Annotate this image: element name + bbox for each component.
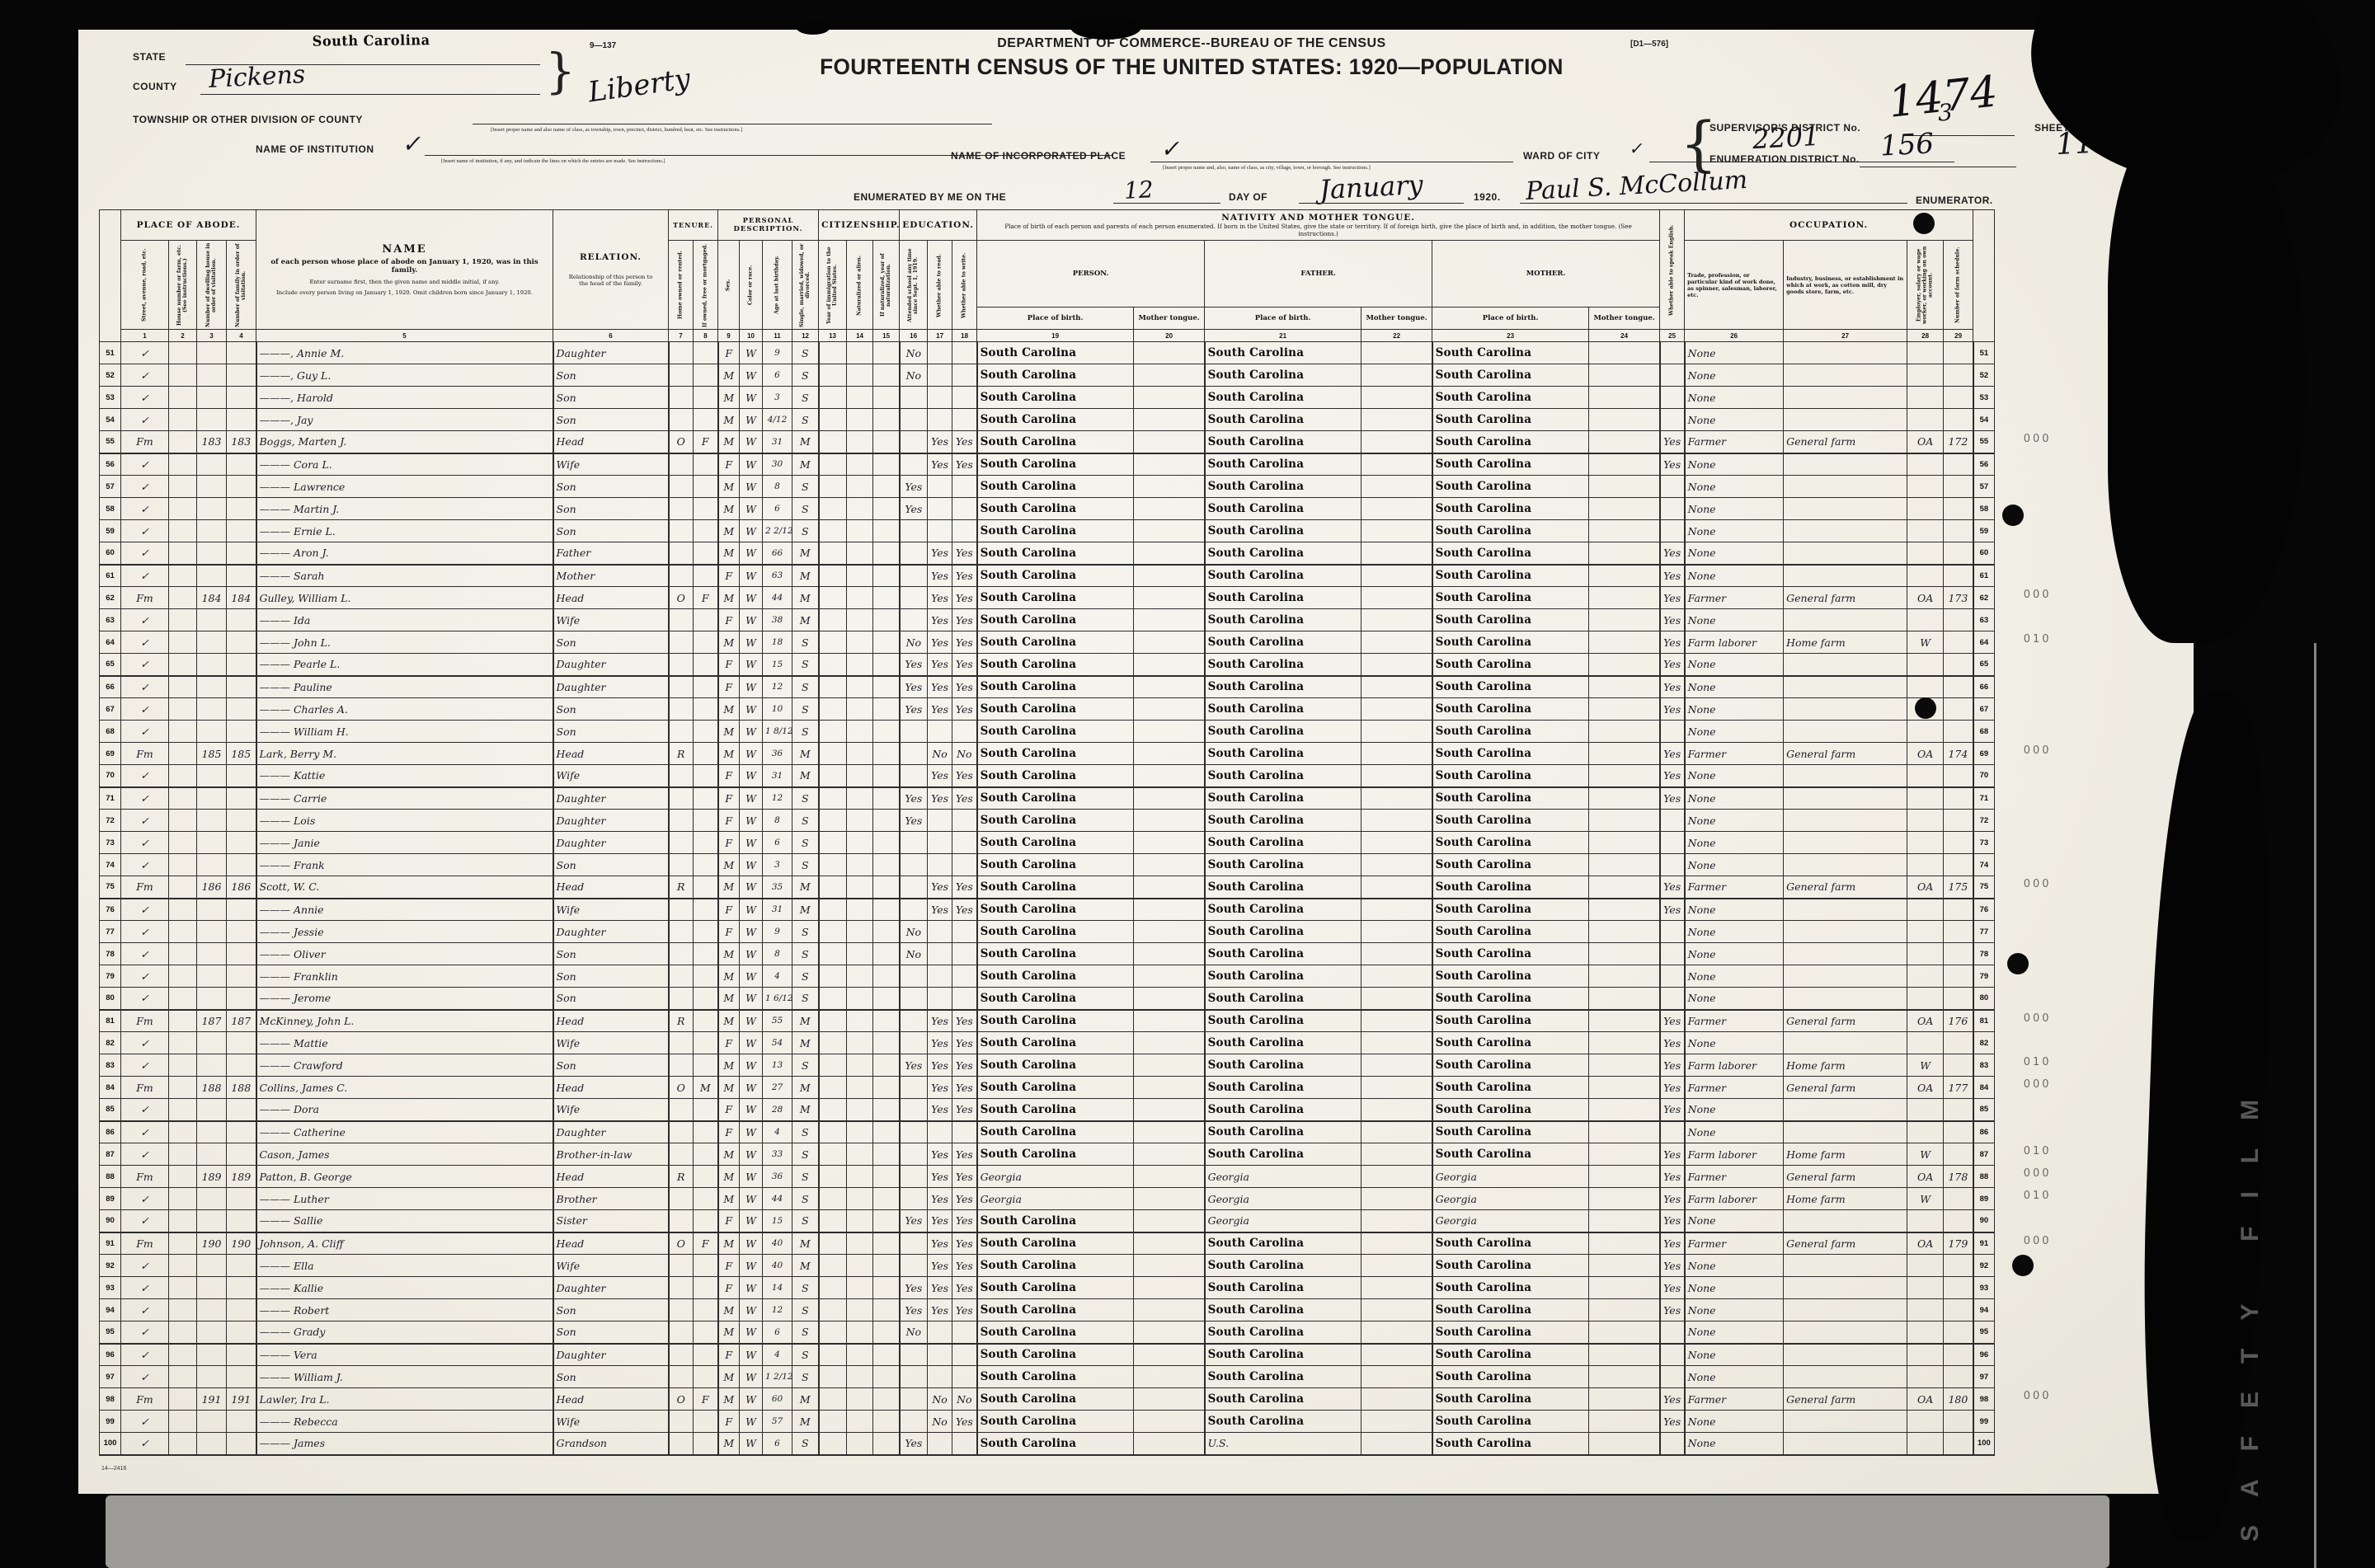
cell-mother_tongue [1589, 1121, 1660, 1143]
line-number-left: 86 [100, 1121, 121, 1143]
cell-mortgage [694, 810, 718, 832]
cell-pob_tongue [1134, 1188, 1205, 1210]
cell-school [900, 1232, 928, 1255]
cell-house [169, 342, 197, 364]
cell-color: W [740, 854, 763, 876]
film-edge-text: SAFETY FILM [2236, 684, 2286, 1542]
cell-pob: South Carolina [977, 832, 1134, 854]
cell-marital: S [792, 387, 819, 409]
table-row: 73✓——— JanieDaughterFW6SSouth CarolinaSo… [100, 832, 1995, 854]
table-row: 95✓——— GradySonMW6SNoSouth CarolinaSouth… [100, 1322, 1995, 1344]
cell-immig [819, 943, 847, 965]
cell-owned [669, 1344, 694, 1366]
table-row: 82✓——— MattieWifeFW54MYesYesSouth Caroli… [100, 1032, 1995, 1054]
cell-house [169, 1232, 197, 1255]
cell-age: 38 [763, 609, 792, 631]
cell-relation: Wife [553, 1411, 669, 1433]
cell-english [1660, 1322, 1685, 1344]
cell-mother_tongue [1589, 743, 1660, 765]
cell-relation: Son [553, 1366, 669, 1388]
cell-write: Yes [952, 654, 977, 676]
cell-relation: Daughter [553, 676, 669, 698]
table-row: 78✓——— OliverSonMW8SNoSouth CarolinaSout… [100, 943, 1995, 965]
cell-father_pob: South Carolina [1205, 542, 1362, 565]
cell-sex: M [718, 1166, 740, 1188]
cell-immig [819, 1099, 847, 1121]
cell-pob_tongue [1134, 1277, 1205, 1299]
cell-immig [819, 476, 847, 498]
cell-write: Yes [952, 1077, 977, 1099]
cell-name: ——— Frank [256, 854, 553, 876]
cell-pob_tongue [1134, 1411, 1205, 1433]
cell-write: No [952, 1388, 977, 1411]
cell-house [169, 1366, 197, 1388]
cell-family [227, 943, 256, 965]
cell-mother_pob: South Carolina [1432, 431, 1589, 453]
cell-pob_tongue [1134, 431, 1205, 453]
cell-mortgage [694, 1143, 718, 1166]
cell-dwelling [197, 364, 227, 387]
cell-name: ——— William J. [256, 1366, 553, 1388]
line-number-left: 95 [100, 1322, 121, 1344]
line-number-right: 52 [1973, 364, 1995, 387]
cell-natyear [873, 654, 900, 676]
cell-house [169, 1188, 197, 1210]
cell-industry: General farm [1784, 1010, 1907, 1032]
cell-sex: F [718, 899, 740, 921]
cell-father_tongue [1362, 542, 1432, 565]
column-number: 13 [819, 330, 847, 342]
cell-age: 8 [763, 810, 792, 832]
cell-mother_tongue [1589, 765, 1660, 787]
cell-industry [1784, 1322, 1907, 1344]
cell-write [952, 498, 977, 520]
cell-relation: Daughter [553, 810, 669, 832]
cell-nat [847, 899, 873, 921]
enumerated-month: January [1319, 169, 1423, 206]
cell-street: ✓ [121, 810, 169, 832]
col-color-race: Color or race. [740, 241, 763, 330]
cell-father_tongue [1362, 1166, 1432, 1188]
cell-family [227, 921, 256, 943]
cell-class [1907, 1366, 1944, 1388]
cell-class: OA [1907, 1166, 1944, 1188]
cell-read: Yes [928, 1255, 952, 1277]
cell-father_pob: South Carolina [1205, 609, 1362, 631]
cell-sex: M [718, 988, 740, 1010]
cell-natyear [873, 1322, 900, 1344]
cell-natyear [873, 743, 900, 765]
column-number: 16 [900, 330, 928, 342]
cell-immig [819, 431, 847, 453]
cell-sex: F [718, 453, 740, 476]
cell-english [1660, 832, 1685, 854]
cell-read: Yes [928, 676, 952, 698]
cell-dwelling [197, 342, 227, 364]
table-row: 92✓——— EllaWifeFW40MYesYesSouth Carolina… [100, 1255, 1995, 1277]
cell-mortgage [694, 453, 718, 476]
nativity-father: FATHER. [1205, 241, 1432, 307]
cell-mother_tongue [1589, 1411, 1660, 1433]
relation-title: RELATION. [556, 252, 665, 262]
cell-write: Yes [952, 631, 977, 654]
cell-relation: Father [553, 542, 669, 565]
cell-name: ——— Cora L. [256, 453, 553, 476]
cell-farm_no [1944, 721, 1973, 743]
cell-pob_tongue [1134, 565, 1205, 587]
cell-father_pob: South Carolina [1205, 364, 1362, 387]
cell-relation: Head [553, 587, 669, 609]
cell-occupation: None [1685, 832, 1784, 854]
cell-marital: S [792, 654, 819, 676]
cell-natyear [873, 542, 900, 565]
cell-father_tongue [1362, 520, 1432, 542]
cell-farm_no [1944, 1322, 1973, 1344]
col-able-to-read: Whether able to read. [928, 241, 952, 330]
cell-age: 8 [763, 943, 792, 965]
cell-natyear [873, 854, 900, 876]
census-table: PLACE OF ABODE. NAME of each person whos… [99, 209, 1995, 1456]
cell-marital: S [792, 1166, 819, 1188]
cell-mother_pob: South Carolina [1432, 721, 1589, 743]
cell-english: Yes [1660, 1411, 1685, 1433]
cell-immig [819, 765, 847, 787]
cell-street: ✓ [121, 1054, 169, 1077]
cell-color: W [740, 965, 763, 988]
cell-color: W [740, 387, 763, 409]
cell-immig [819, 409, 847, 431]
line-number-left: 51 [100, 342, 121, 364]
cell-pob: South Carolina [977, 1232, 1134, 1255]
cell-family [227, 1032, 256, 1054]
cell-street: ✓ [121, 1277, 169, 1299]
pencil-margin-note: 000 [2001, 1167, 2075, 1180]
cell-nat [847, 1077, 873, 1099]
cell-farm_no [1944, 1143, 1973, 1166]
line-number-right: 82 [1973, 1032, 1995, 1054]
cell-age: 4 [763, 1121, 792, 1143]
cell-english: Yes [1660, 743, 1685, 765]
cell-write: No [952, 743, 977, 765]
cell-father_pob: South Carolina [1205, 765, 1362, 787]
cell-class [1907, 565, 1944, 587]
cell-mother_pob: South Carolina [1432, 1411, 1589, 1433]
cell-english: Yes [1660, 1210, 1685, 1232]
cell-relation: Wife [553, 453, 669, 476]
cell-owned [669, 654, 694, 676]
col-dwelling-number: Number of dwelling house in order of vis… [197, 241, 227, 330]
cell-english: Yes [1660, 765, 1685, 787]
cell-farm_no [1944, 342, 1973, 364]
cell-nat [847, 1010, 873, 1032]
cell-mother_tongue [1589, 1054, 1660, 1077]
cell-mother_pob: South Carolina [1432, 698, 1589, 721]
cell-color: W [740, 1010, 763, 1032]
cell-mother_tongue [1589, 698, 1660, 721]
cell-farm_no [1944, 609, 1973, 631]
cell-mother_pob: South Carolina [1432, 743, 1589, 765]
table-row: 81Fm187187McKinney, John L.HeadRMW55MYes… [100, 1010, 1995, 1032]
cell-relation: Son [553, 409, 669, 431]
cell-dwelling [197, 1143, 227, 1166]
cell-street: ✓ [121, 721, 169, 743]
line-number-right: 66 [1973, 676, 1995, 698]
cell-marital: S [792, 1433, 819, 1455]
cell-owned [669, 476, 694, 498]
enumeration-district-label: ENUMERATION DISTRICT No. [1710, 153, 1860, 165]
cell-pob: South Carolina [977, 988, 1134, 1010]
cell-school [900, 743, 928, 765]
cell-english: Yes [1660, 609, 1685, 631]
cell-farm_no [1944, 765, 1973, 787]
cell-father_pob: South Carolina [1205, 587, 1362, 609]
cell-farm_no [1944, 565, 1973, 587]
cell-age: 35 [763, 876, 792, 899]
cell-color: W [740, 1388, 763, 1411]
name-title: NAME [259, 243, 550, 256]
cell-farm_no [1944, 498, 1973, 520]
cell-mortgage: F [694, 587, 718, 609]
line-number-left: 87 [100, 1143, 121, 1166]
cell-marital: S [792, 342, 819, 364]
blank-line [1860, 167, 2016, 167]
cell-write [952, 409, 977, 431]
cell-marital: M [792, 899, 819, 921]
cell-color: W [740, 1232, 763, 1255]
cell-pob: Georgia [977, 1188, 1134, 1210]
cell-color: W [740, 409, 763, 431]
cell-mortgage [694, 676, 718, 698]
cell-marital: S [792, 1366, 819, 1388]
cell-dwelling [197, 453, 227, 476]
cell-industry [1784, 609, 1907, 631]
cell-school [900, 1366, 928, 1388]
line-number-right: 85 [1973, 1099, 1995, 1121]
cell-mortgage [694, 1210, 718, 1232]
cell-nat [847, 1188, 873, 1210]
cell-natyear [873, 1210, 900, 1232]
cell-industry [1784, 1366, 1907, 1388]
cell-relation: Son [553, 364, 669, 387]
cell-mother_tongue [1589, 1388, 1660, 1411]
cell-nat [847, 698, 873, 721]
cell-read [928, 342, 952, 364]
cell-relation: Brother-in-law [553, 1143, 669, 1166]
cell-nat [847, 342, 873, 364]
film-edge-line [2314, 643, 2316, 1568]
line-number-left: 94 [100, 1299, 121, 1322]
cell-immig [819, 387, 847, 409]
cell-pob_tongue [1134, 387, 1205, 409]
cell-nat [847, 1143, 873, 1166]
cell-marital: S [792, 364, 819, 387]
cell-read [928, 943, 952, 965]
line-number-left: 56 [100, 453, 121, 476]
cell-mother_tongue [1589, 1433, 1660, 1455]
table-row: 91Fm190190Johnson, A. CliffHeadOFMW40MYe… [100, 1232, 1995, 1255]
cell-read [928, 1121, 952, 1143]
cell-dwelling [197, 832, 227, 854]
table-row: 59✓——— Ernie L.SonMW2 2/12SSouth Carolin… [100, 520, 1995, 542]
cell-name: Johnson, A. Cliff [256, 1232, 553, 1255]
cell-house [169, 609, 197, 631]
cell-read [928, 921, 952, 943]
cell-street: ✓ [121, 854, 169, 876]
cell-farm_no [1944, 965, 1973, 988]
cell-pob_tongue [1134, 810, 1205, 832]
cell-read: Yes [928, 1232, 952, 1255]
cell-mother_tongue [1589, 1255, 1660, 1277]
cell-dwelling [197, 1121, 227, 1143]
cell-house [169, 1143, 197, 1166]
cell-class [1907, 453, 1944, 476]
cell-house [169, 743, 197, 765]
cell-english [1660, 1366, 1685, 1388]
col-farm-schedule: Number of farm schedule. [1944, 241, 1973, 330]
cell-occupation: None [1685, 787, 1784, 810]
cell-nat [847, 1099, 873, 1121]
cell-relation: Daughter [553, 787, 669, 810]
cell-sex: F [718, 342, 740, 364]
cell-class [1907, 364, 1944, 387]
cell-father_pob: South Carolina [1205, 810, 1362, 832]
cell-pob_tongue [1134, 832, 1205, 854]
cell-color: W [740, 609, 763, 631]
cell-school [900, 765, 928, 787]
cell-dwelling [197, 1299, 227, 1322]
column-number: 26 [1685, 330, 1784, 342]
col-house-number: House number or farm, etc. (See instruct… [169, 241, 197, 330]
cell-mortgage [694, 1188, 718, 1210]
cell-read: Yes [928, 1054, 952, 1077]
cell-owned [669, 1121, 694, 1143]
cell-color: W [740, 342, 763, 364]
cell-pob_tongue [1134, 1433, 1205, 1455]
cell-house [169, 899, 197, 921]
cell-mother_pob: South Carolina [1432, 387, 1589, 409]
cell-pob_tongue [1134, 342, 1205, 364]
cell-industry: General farm [1784, 587, 1907, 609]
cell-industry [1784, 698, 1907, 721]
cell-occupation: Farmer [1685, 1166, 1784, 1188]
cell-nat [847, 1299, 873, 1322]
cell-color: W [740, 743, 763, 765]
cell-owned [669, 364, 694, 387]
enumerator-signature: Paul S. McCollum [1525, 166, 1748, 206]
cell-age: 36 [763, 1166, 792, 1188]
cell-house [169, 654, 197, 676]
cell-class: OA [1907, 1388, 1944, 1411]
cell-street: Fm [121, 1010, 169, 1032]
cell-nat [847, 876, 873, 899]
cell-pob_tongue [1134, 921, 1205, 943]
cell-occupation: None [1685, 921, 1784, 943]
cell-sex: F [718, 1121, 740, 1143]
cell-mortgage [694, 609, 718, 631]
cell-class [1907, 943, 1944, 965]
cell-dwelling [197, 1032, 227, 1054]
cell-family [227, 409, 256, 431]
cell-pob: South Carolina [977, 921, 1134, 943]
cell-immig [819, 743, 847, 765]
cell-occupation: None [1685, 609, 1784, 631]
cell-owned [669, 698, 694, 721]
cell-age: 4 [763, 965, 792, 988]
line-number-right: 90 [1973, 1210, 1995, 1232]
cell-dwelling [197, 1099, 227, 1121]
cell-class [1907, 1411, 1944, 1433]
name-sub: of each person whose place of abode on J… [259, 258, 550, 275]
cell-natyear [873, 1299, 900, 1322]
cell-industry [1784, 988, 1907, 1010]
cell-age: 14 [763, 1277, 792, 1299]
cell-age: 1 2/12 [763, 1366, 792, 1388]
cell-english [1660, 921, 1685, 943]
cell-mother_tongue [1589, 1299, 1660, 1322]
cell-industry [1784, 943, 1907, 965]
cell-class [1907, 1255, 1944, 1277]
line-number-left: 99 [100, 1411, 121, 1433]
cell-color: W [740, 476, 763, 498]
table-row: 55Fm183183Boggs, Marten J.HeadOFMW31MYes… [100, 431, 1995, 453]
cell-street: Fm [121, 1077, 169, 1099]
cell-mortgage: F [694, 1232, 718, 1255]
cell-industry: General farm [1784, 876, 1907, 899]
cell-class [1907, 921, 1944, 943]
cell-english [1660, 520, 1685, 542]
cell-natyear [873, 921, 900, 943]
cell-english [1660, 1121, 1685, 1143]
cell-occupation: None [1685, 654, 1784, 676]
cell-nat [847, 1054, 873, 1077]
cell-mortgage: F [694, 431, 718, 453]
cell-color: W [740, 1366, 763, 1388]
cell-mortgage [694, 1277, 718, 1299]
cell-pob_tongue [1134, 364, 1205, 387]
cell-mother_tongue [1589, 498, 1660, 520]
cell-age: 60 [763, 1388, 792, 1411]
cell-father_tongue [1362, 409, 1432, 431]
cell-owned: R [669, 1166, 694, 1188]
table-row: 70✓——— KattieWifeFW31MYesYesSouth Caroli… [100, 765, 1995, 787]
cell-owned: O [669, 1232, 694, 1255]
cell-industry [1784, 342, 1907, 364]
cell-industry [1784, 453, 1907, 476]
cell-name: Lark, Berry M. [256, 743, 553, 765]
cell-mortgage [694, 721, 718, 743]
cell-name: ——— Ernie L. [256, 520, 553, 542]
cell-natyear [873, 899, 900, 921]
cell-sex: M [718, 1010, 740, 1032]
line-number-left: 100 [100, 1433, 121, 1455]
cell-family [227, 342, 256, 364]
cell-class: W [1907, 1143, 1944, 1166]
cell-occupation: None [1685, 943, 1784, 965]
cell-pob_tongue [1134, 854, 1205, 876]
cell-father_tongue [1362, 1255, 1432, 1277]
cell-name: Cason, James [256, 1143, 553, 1166]
line-number-right: 95 [1973, 1322, 1995, 1344]
cell-father_tongue [1362, 676, 1432, 698]
punch-hole [2002, 505, 2024, 526]
cell-house [169, 1099, 197, 1121]
cell-street: Fm [121, 1166, 169, 1188]
cell-name: ——— Aron J. [256, 542, 553, 565]
cell-dwelling: 187 [197, 1010, 227, 1032]
cell-farm_no [1944, 1255, 1973, 1277]
cell-house [169, 965, 197, 988]
cell-natyear [873, 1054, 900, 1077]
